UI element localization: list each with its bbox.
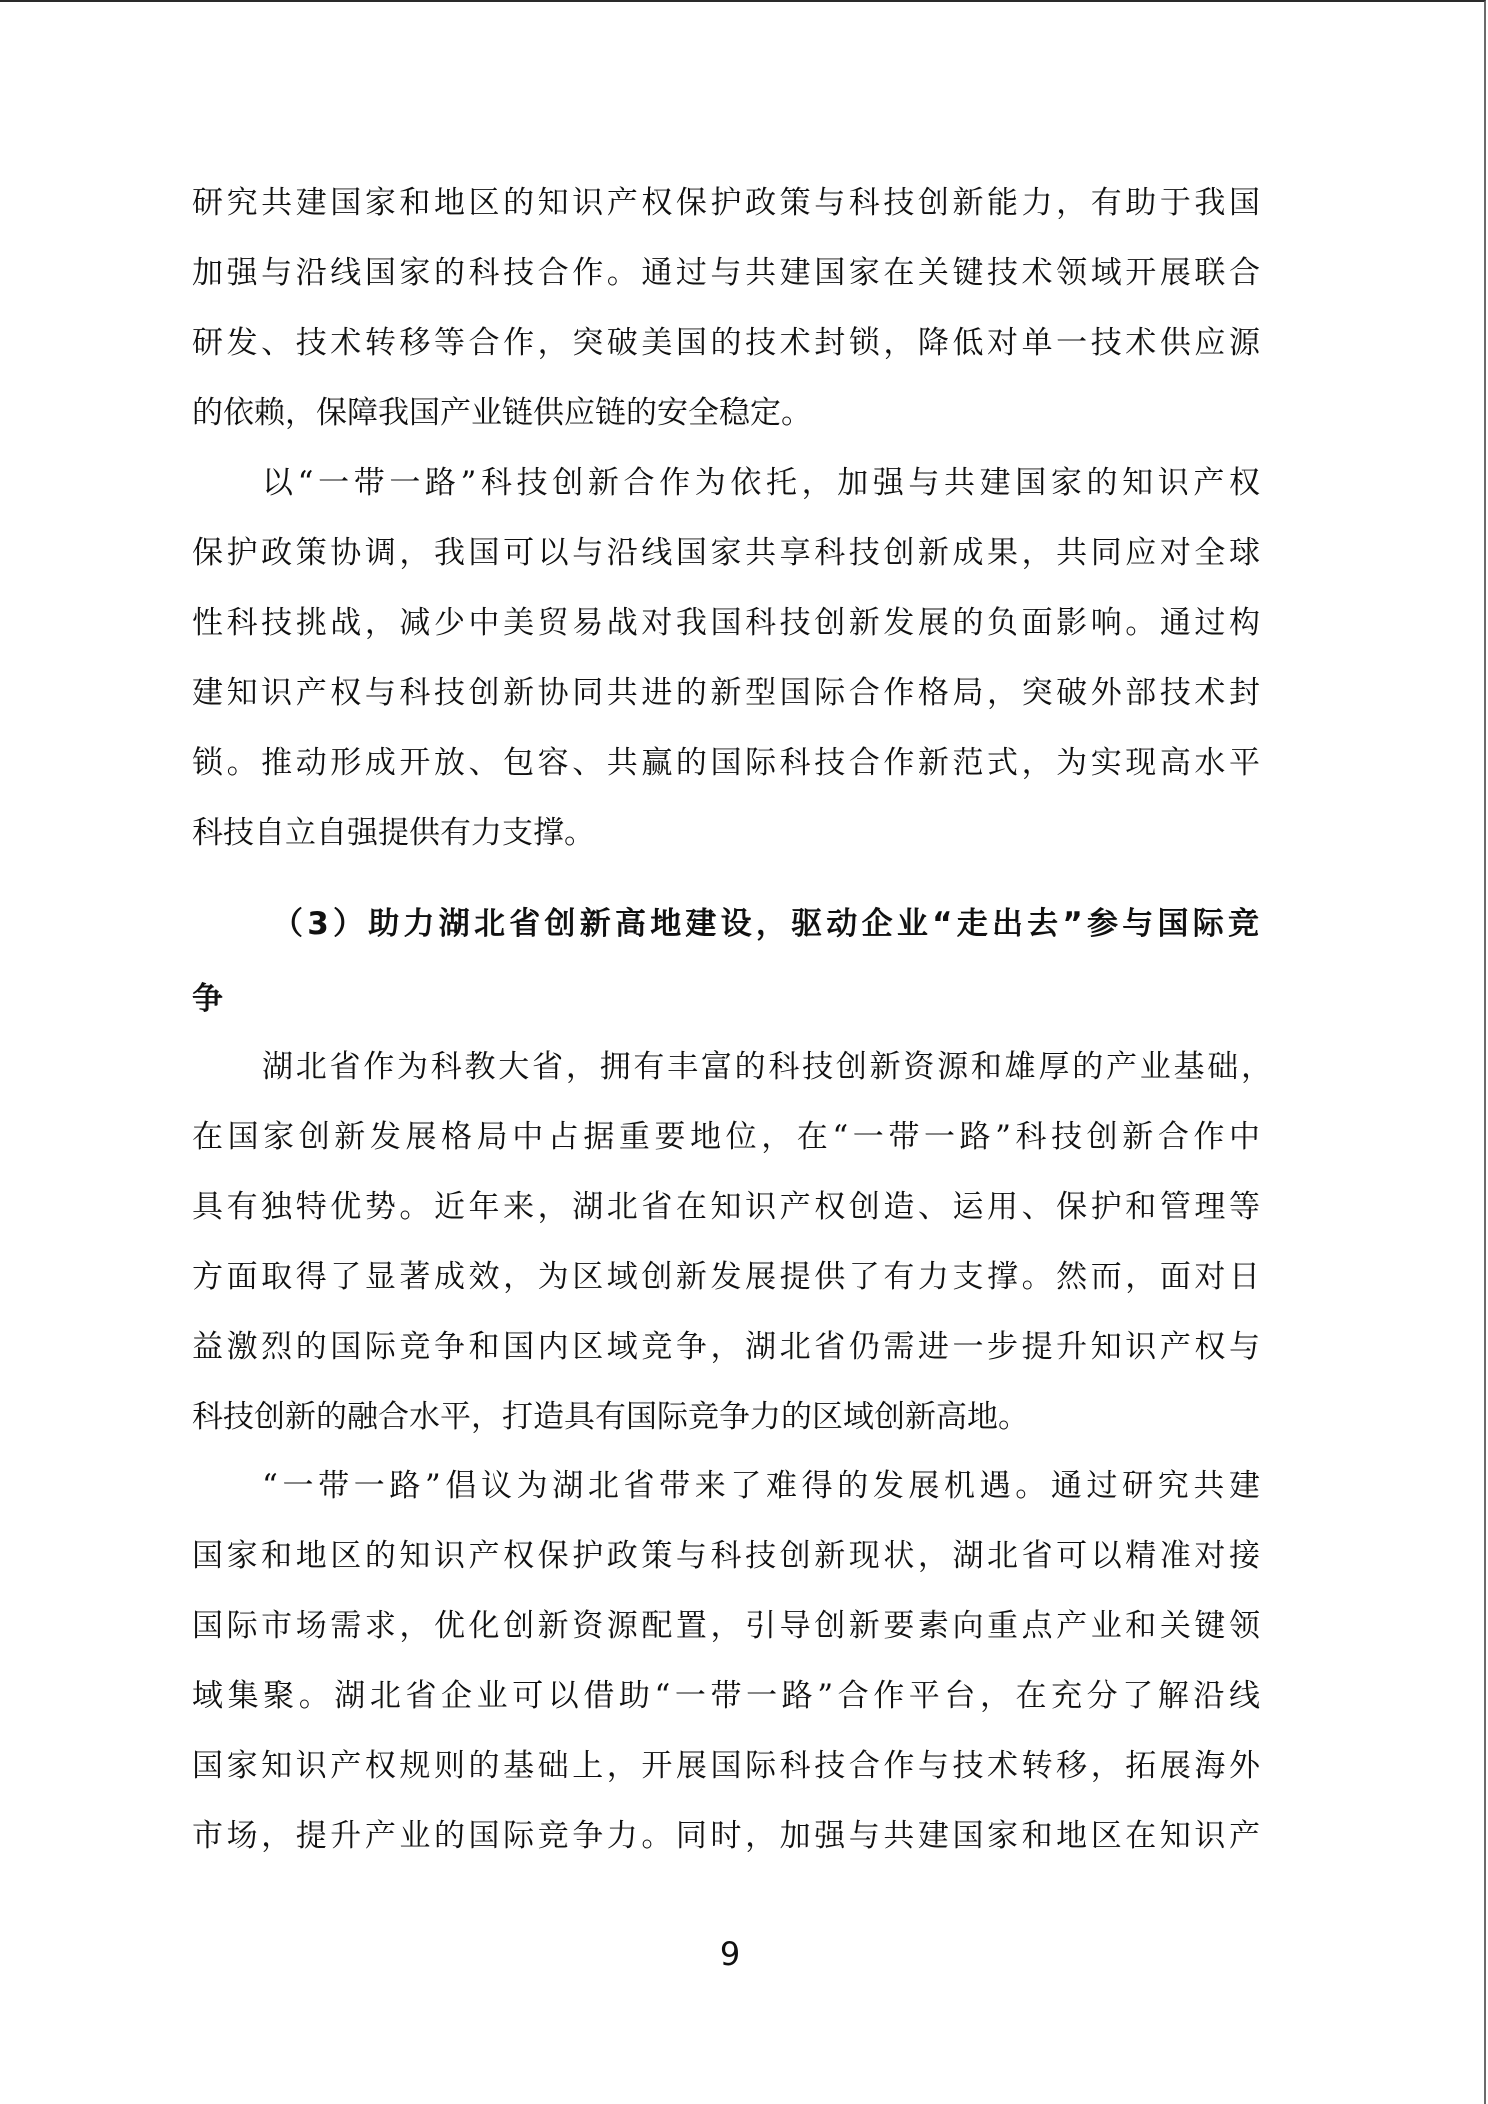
- paragraph-3-line-3: 具有独特优势。近年来，湖北省在知识产权创造、运用、保护和管理等: [192, 1187, 1260, 1227]
- paragraph-4-line-6: 市场，提升产业的国际竞争力。同时，加强与共建国家和地区在知识产: [192, 1816, 1260, 1856]
- paragraph-1-line-4: 的依赖，保障我国产业链供应链的安全稳定。: [192, 393, 1260, 433]
- paragraph-4-line-2: 国家和地区的知识产权保护政策与科技创新现状，湖北省可以精准对接: [192, 1536, 1260, 1576]
- paragraph-3-line-5: 益激烈的国际竞争和国内区域竞争，湖北省仍需进一步提升知识产权与: [192, 1327, 1260, 1367]
- paragraph-2-line-3: 性科技挑战，减少中美贸易战对我国科技创新发展的负面影响。通过构: [192, 603, 1260, 643]
- page-number: 9: [700, 1934, 760, 1974]
- paragraph-4-line-1: “一带一路”倡议为湖北省带来了难得的发展机遇。通过研究共建: [262, 1466, 1260, 1506]
- paragraph-2-line-5: 锁。推动形成开放、包容、共赢的国际科技合作新范式，为实现高水平: [192, 743, 1260, 783]
- paragraph-4-line-5: 国家知识产权规则的基础上，开展国际科技合作与技术转移，拓展海外: [192, 1746, 1260, 1786]
- section-heading-line-2: 争: [192, 979, 1260, 1019]
- paragraph-2-line-2: 保护政策协调，我国可以与沿线国家共享科技创新成果，共同应对全球: [192, 533, 1260, 573]
- paragraph-2-line-1: 以“一带一路”科技创新合作为依托，加强与共建国家的知识产权: [262, 463, 1260, 503]
- paragraph-1-line-1: 研究共建国家和地区的知识产权保护政策与科技创新能力，有助于我国: [192, 183, 1260, 223]
- document-page: 研究共建国家和地区的知识产权保护政策与科技创新能力，有助于我国 加强与沿线国家的…: [0, 0, 1486, 2104]
- paragraph-1-line-3: 研发、技术转移等合作，突破美国的技术封锁，降低对单一技术供应源: [192, 323, 1260, 363]
- paragraph-3-line-2: 在国家创新发展格局中占据重要地位，在“一带一路”科技创新合作中: [192, 1117, 1260, 1157]
- paragraph-1-line-2: 加强与沿线国家的科技合作。通过与共建国家在关键技术领域开展联合: [192, 253, 1260, 293]
- paragraph-3-line-4: 方面取得了显著成效，为区域创新发展提供了有力支撑。然而，面对日: [192, 1257, 1260, 1297]
- paragraph-2-line-6: 科技自立自强提供有力支撑。: [192, 813, 1260, 853]
- paragraph-2-line-4: 建知识产权与科技创新协同共进的新型国际合作格局，突破外部技术封: [192, 673, 1260, 713]
- paragraph-4-line-3: 国际市场需求，优化创新资源配置，引导创新要素向重点产业和关键领: [192, 1606, 1260, 1646]
- paragraph-3-line-1: 湖北省作为科教大省，拥有丰富的科技创新资源和雄厚的产业基础，: [262, 1047, 1272, 1087]
- section-heading-line-1: （3）助力湖北省创新高地建设，驱动企业“走出去”参与国际竞: [272, 904, 1260, 944]
- paragraph-4-line-4: 域集聚。湖北省企业可以借助“一带一路”合作平台，在充分了解沿线: [192, 1676, 1260, 1716]
- paragraph-3-line-6: 科技创新的融合水平，打造具有国际竞争力的区域创新高地。: [192, 1397, 1260, 1437]
